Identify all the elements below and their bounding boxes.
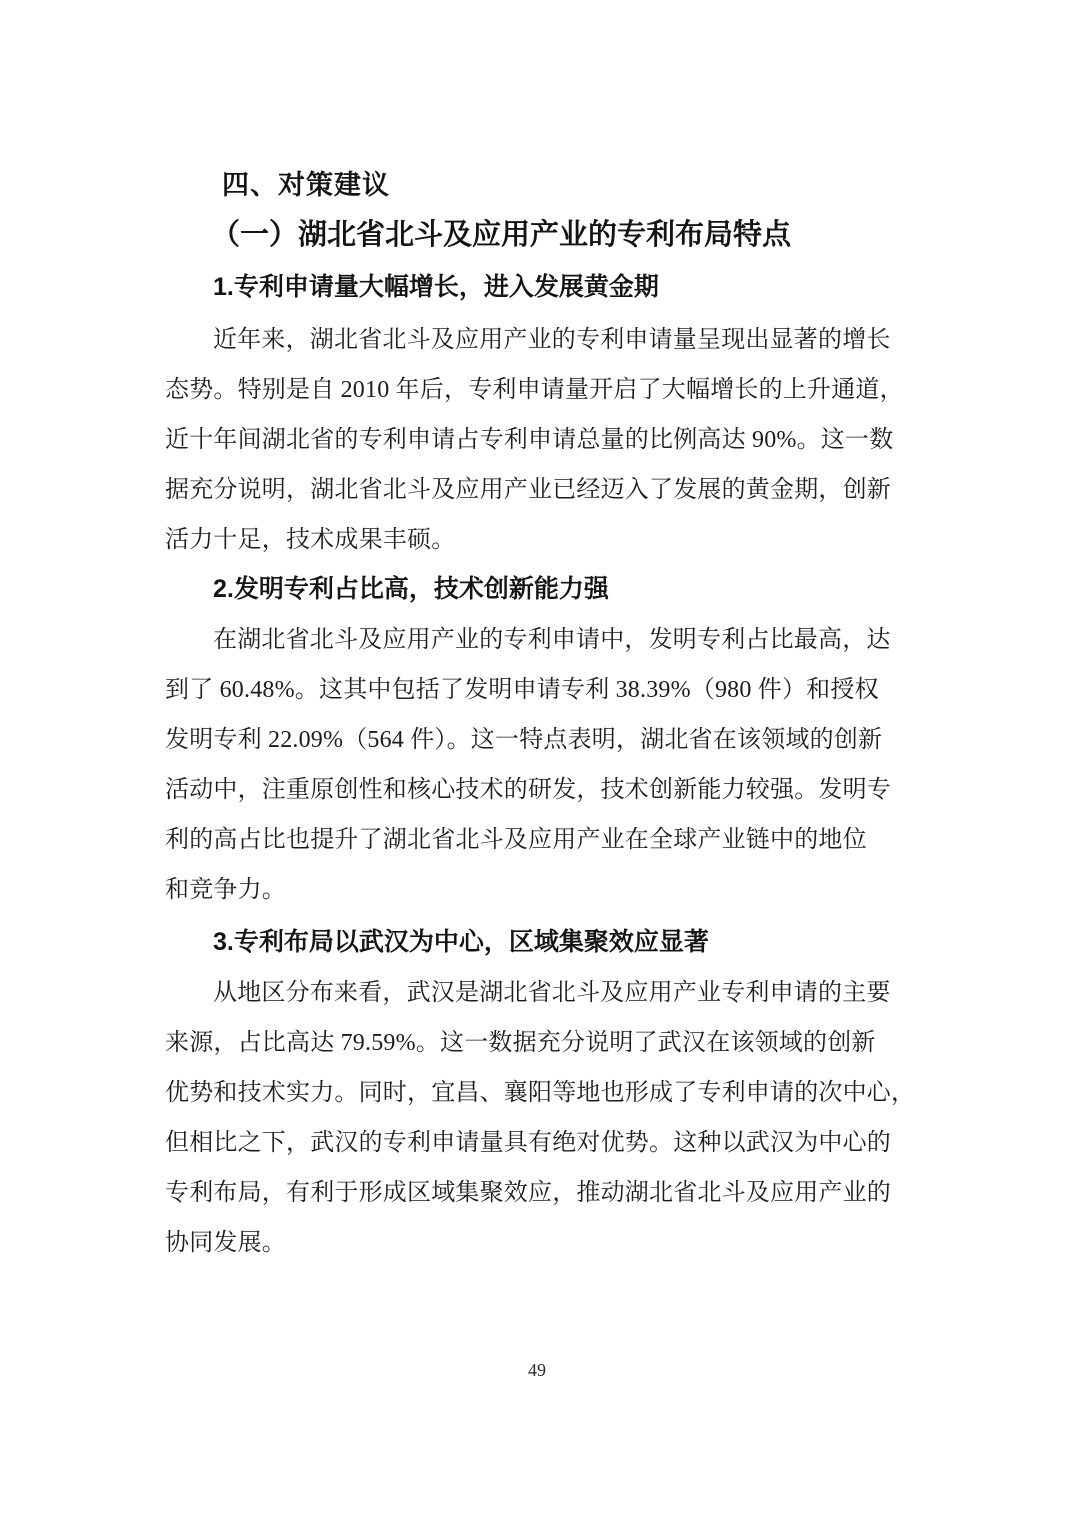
chapter-heading: 四、对策建议 [222,168,390,202]
subsection-1-paragraph: 近年来，湖北省北斗及应用产业的专利申请量呈现出显著的增长 态势。特别是自 201… [165,315,935,565]
document-page: 四、对策建议 （一）湖北省北斗及应用产业的专利布局特点 1.专利申请量大幅增长，… [0,0,1074,1520]
subsection-3-paragraph: 从地区分布来看，武汉是湖北省北斗及应用产业专利申请的主要 来源，占比高达 79.… [165,968,935,1268]
subsection-3-heading: 3.专利布局以武汉为中心，区域集聚效应显著 [213,926,709,958]
subsection-2-heading: 2.发明专利占比高，技术创新能力强 [213,573,609,605]
subsection-1-heading: 1.专利申请量大幅增长，进入发展黄金期 [213,271,659,303]
section-heading: （一）湖北省北斗及应用产业的专利布局特点 [211,216,791,254]
subsection-2-paragraph: 在湖北省北斗及应用产业的专利申请中，发明专利占比最高，达 到了 60.48%。这… [165,615,935,915]
page-number: 49 [0,1359,1074,1381]
